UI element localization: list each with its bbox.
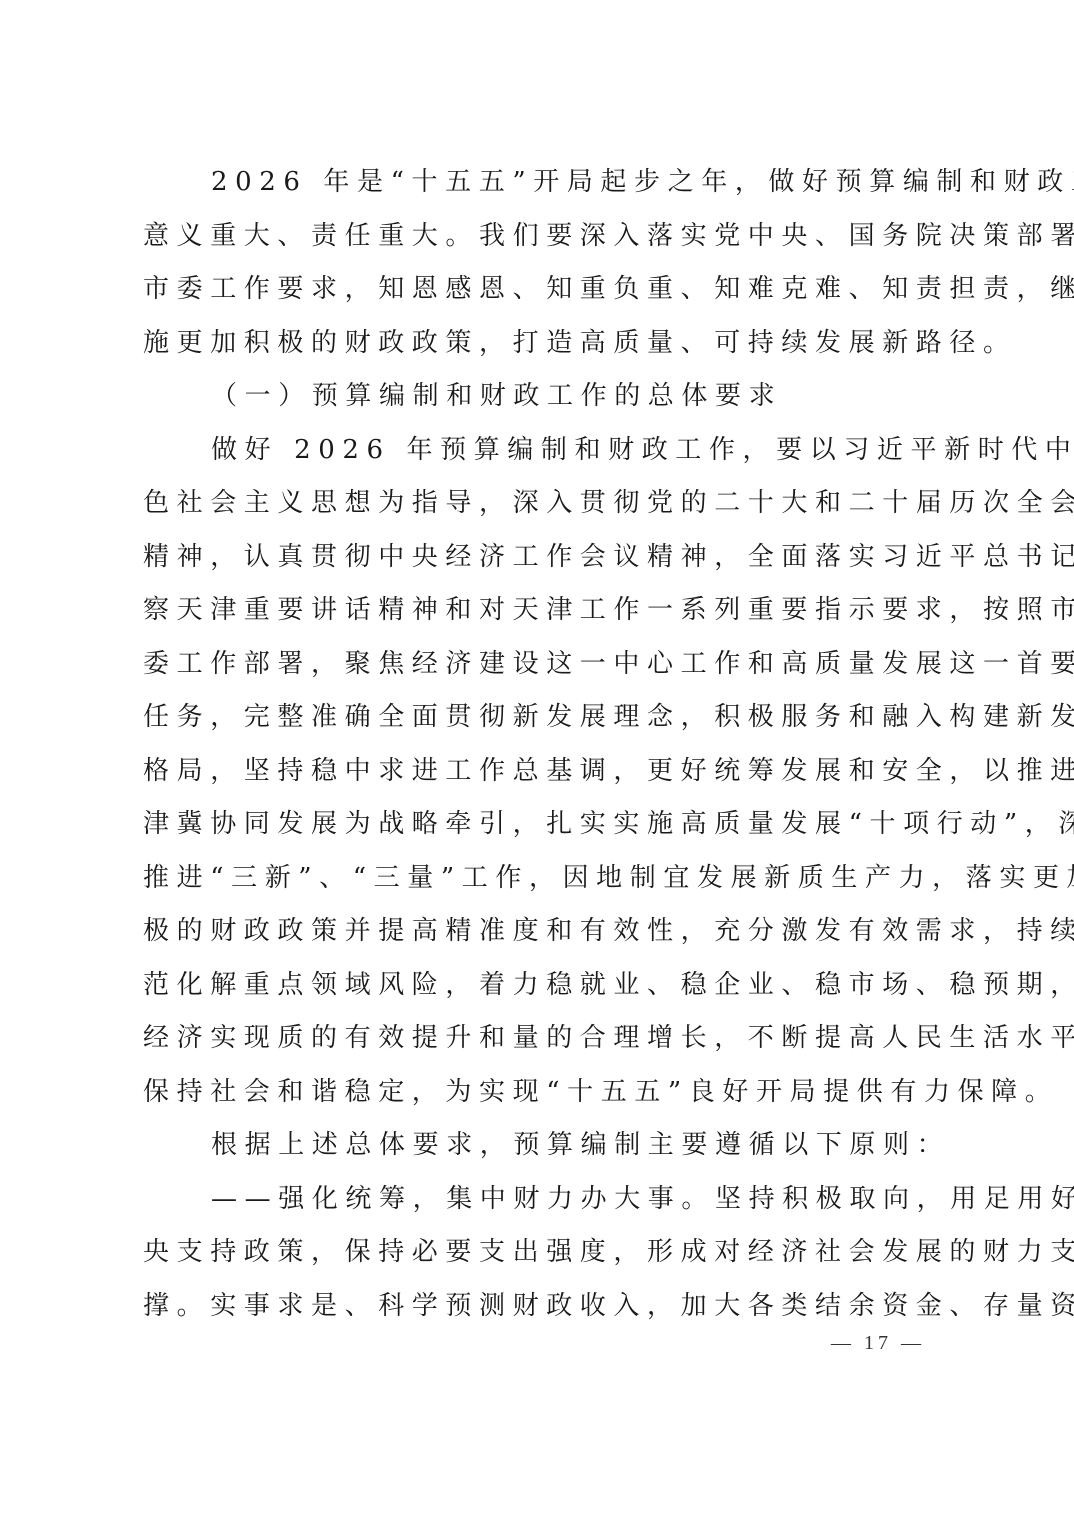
paragraph-line: 格局，坚持稳中求进工作总基调，更好统筹发展和安全，以推进京 bbox=[143, 745, 943, 799]
paragraph-line: ——强化统筹，集中财力办大事。坚持积极取向，用足用好中 bbox=[143, 1173, 943, 1227]
paragraph-line: 色社会主义思想为指导，深入贯彻党的二十大和二十届历次全会 bbox=[143, 477, 943, 531]
paragraph-line: 2026 年是“十五五”开局起步之年，做好预算编制和财政工作 bbox=[143, 156, 943, 210]
paragraph-line: 央支持政策，保持必要支出强度，形成对经济社会发展的财力支 bbox=[143, 1226, 943, 1280]
paragraph-line: 撑。实事求是、科学预测财政收入，加大各类结余资金、存量资源 bbox=[143, 1280, 943, 1334]
paragraph-line: 任务，完整准确全面贯彻新发展理念，积极服务和融入构建新发展 bbox=[143, 691, 943, 745]
section-heading: （一）预算编制和财政工作的总体要求 bbox=[143, 370, 943, 424]
paragraph-line: 意义重大、责任重大。我们要深入落实党中央、国务院决策部署和 bbox=[143, 210, 943, 264]
paragraph-line: 委工作部署，聚焦经济建设这一中心工作和高质量发展这一首要 bbox=[143, 638, 943, 692]
paragraph-line: 范化解重点领域风险，着力稳就业、稳企业、稳市场、稳预期，推动 bbox=[143, 959, 943, 1013]
paragraph-line: 做好 2026 年预算编制和财政工作，要以习近平新时代中国特 bbox=[143, 424, 943, 478]
body-text: 2026 年是“十五五”开局起步之年，做好预算编制和财政工作 意义重大、责任重大… bbox=[143, 156, 943, 1333]
paragraph-line: 经济实现质的有效提升和量的合理增长，不断提高人民生活水平， bbox=[143, 1012, 943, 1066]
paragraph-line: 推进“三新”、“三量”工作，因地制宜发展新质生产力，落实更加积 bbox=[143, 852, 943, 906]
paragraph-line: 察天津重要讲话精神和对天津工作一系列重要指示要求，按照市 bbox=[143, 584, 943, 638]
paragraph-line: 根据上述总体要求，预算编制主要遵循以下原则： bbox=[143, 1119, 943, 1173]
document-page: 2026 年是“十五五”开局起步之年，做好预算编制和财政工作 意义重大、责任重大… bbox=[0, 0, 1074, 1520]
page-number: — 17 — bbox=[828, 1332, 928, 1355]
paragraph-line: 保持社会和谐稳定，为实现“十五五”良好开局提供有力保障。 bbox=[143, 1066, 943, 1120]
paragraph-line: 津冀协同发展为战略牵引，扎实实施高质量发展“十项行动”，深入 bbox=[143, 798, 943, 852]
paragraph-line: 精神，认真贯彻中央经济工作会议精神，全面落实习近平总书记视 bbox=[143, 531, 943, 585]
paragraph-line: 施更加积极的财政政策，打造高质量、可持续发展新路径。 bbox=[143, 317, 943, 371]
paragraph-line: 极的财政政策并提高精准度和有效性，充分激发有效需求，持续防 bbox=[143, 905, 943, 959]
paragraph-line: 市委工作要求，知恩感恩、知重负重、知难克难、知责担责，继续实 bbox=[143, 263, 943, 317]
